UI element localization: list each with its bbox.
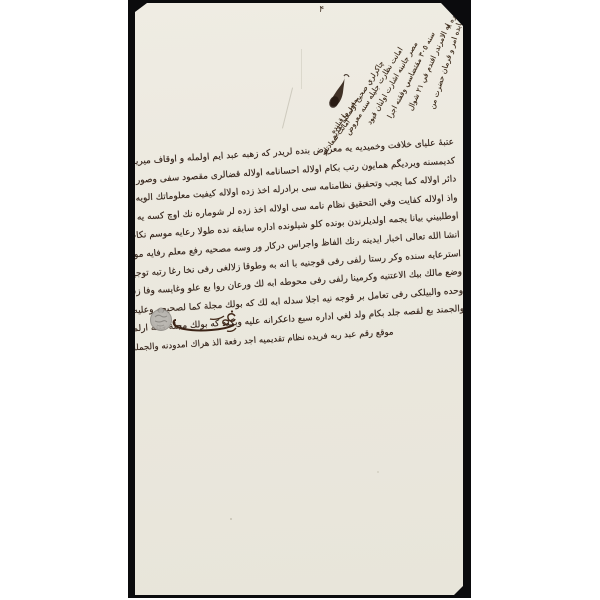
photo-backdrop: ۴ بو بابده امر و فرمان حضرت من له الامرن… bbox=[128, 0, 471, 598]
seal-stamp-icon bbox=[148, 306, 174, 333]
signature-flourish-icon bbox=[172, 308, 242, 340]
manuscript-paper: ۴ بو بابده امر و فرمان حضرت من له الامرن… bbox=[135, 3, 463, 595]
ink-blot-icon bbox=[323, 73, 351, 111]
paper-crease bbox=[301, 49, 302, 89]
scanned-document-canvas: { "document": { "kind": "ottoman-manuscr… bbox=[0, 0, 600, 600]
paper-speck bbox=[377, 471, 379, 473]
paper-speck bbox=[230, 518, 232, 520]
page-number-mark: ۴ bbox=[318, 5, 324, 16]
paper-crease bbox=[282, 88, 293, 129]
